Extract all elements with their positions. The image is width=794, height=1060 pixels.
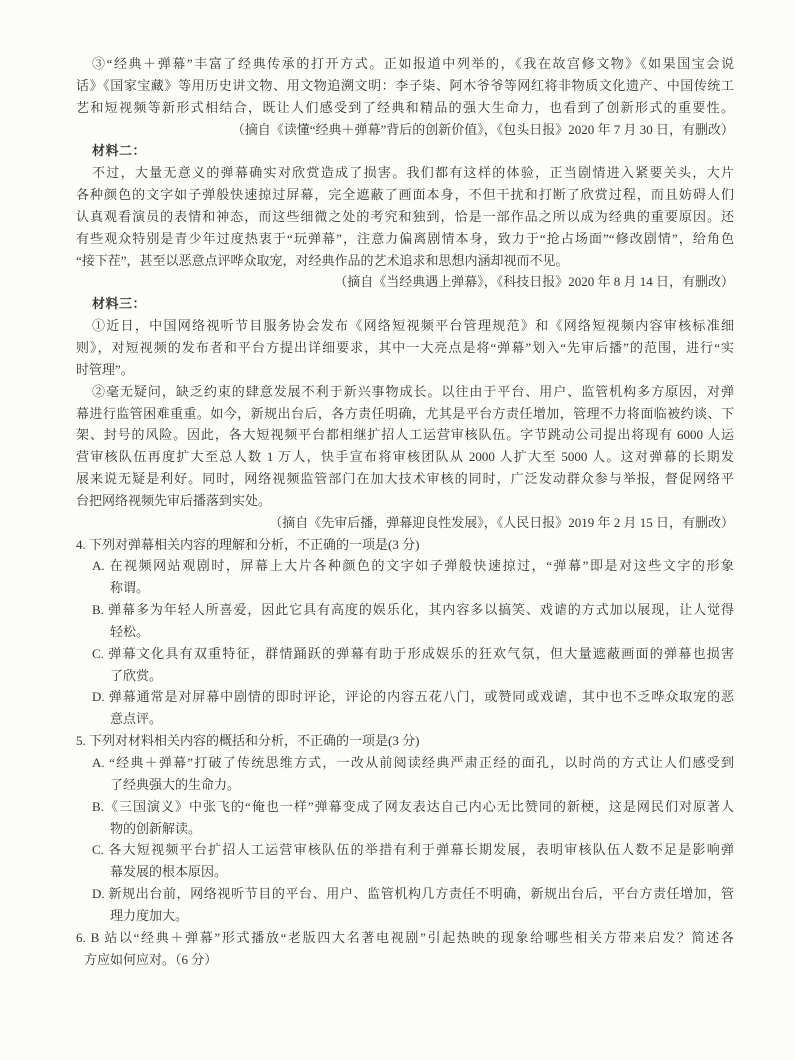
material2-heading: 材料二：	[76, 140, 734, 162]
material3-para1-line: 时管理”。	[76, 359, 734, 381]
question6-stem-line: 方应如何应对。（6 分）	[76, 949, 734, 971]
material2-citation: （摘自《当经典遇上弹幕》，《科技日报》2020 年 8 月 14 日，有删改）	[76, 271, 734, 293]
question4-option-c-line: C. 弹幕文化具有双重特征，群情踊跃的弹幕有助于形成娱乐的狂欢气氛，但大量遮蔽画…	[76, 643, 734, 665]
question5-option-c-line: C. 各大短视频平台扩招人工运营审核队伍的举措有利于弹幕长期发展，表明审核队伍人…	[76, 839, 734, 861]
material2-para-line: 不过，大量无意义的弹幕确实对欣赏造成了损害。我们都有这样的体验，正当剧情进入紧要…	[76, 162, 734, 184]
material2-para-line: 各种颜色的文字如子弹般快速掠过屏幕，完全遮蔽了画面本身，不但干扰和打断了欣赏过程…	[76, 184, 734, 206]
question6-stem-line: 6. B 站以“经典＋弹幕”形式播放“老版四大名著电视剧”引起热映的现象给哪些相…	[76, 927, 734, 949]
question5-option-a-line: 了经典强大的生命力。	[76, 774, 734, 796]
material3-para2-line: 台把网络视频先审后播落到实处。	[76, 490, 734, 512]
material2-para-line: 有些观众特别是青少年过度热衷于“玩弹幕”，注意力偏离剧情本身，致力于“抢占场面”…	[76, 228, 734, 250]
material3-para1-line: ①近日，中国网络视听节目服务协会发布《网络短视频平台管理规范》和《网络短视频内容…	[76, 315, 734, 337]
question5-option-d-line: 理力度加大。	[76, 905, 734, 927]
question4-option-c-line: 了欣赏。	[76, 665, 734, 687]
question5-option-d-line: D. 新规出台前，网络视听节目的平台、用户、监管机构几方责任不明确，新规出台后，…	[76, 883, 734, 905]
question4-stem: 4. 下列对弹幕相关内容的理解和分析，不正确的一项是(3 分)	[76, 534, 734, 556]
question4-option-a-line: A. 在视频网站观剧时，屏幕上大片各种颜色的文字如子弹般快速掠过，“弹幕”即是对…	[76, 555, 734, 577]
material3-para2-line: 展来说无疑是利好。同时，网络视频监管部门在加大技术审核的同时，广泛发动群众参与举…	[76, 468, 734, 490]
material3-heading: 材料三：	[76, 293, 734, 315]
question5-stem: 5. 下列对材料相关内容的概括和分析，不正确的一项是(3 分)	[76, 730, 734, 752]
question5-option-c-line: 幕发展的根本原因。	[76, 861, 734, 883]
material2-para-line: 认真观看演员的表情和神态，而这些细微之处的考究和独到，恰是一部作品之所以成为经典…	[76, 206, 734, 228]
reading-passage-section: ③“经典＋弹幕”丰富了经典传承的打开方式。正如报道中列举的，《我在故宫修文物》《…	[76, 53, 734, 970]
question5-option-b-line: B.《三国演义》中张飞的“俺也一样”弹幕变成了网友表达自己内心无比赞同的新梗，这…	[76, 796, 734, 818]
question4-option-b-line: 轻松。	[76, 621, 734, 643]
material2-para-line: “接下茬”，甚至以恶意点评哗众取宠，对经典作品的艺术追求和思想内涵却视而不见。	[76, 250, 734, 272]
question4-option-a-line: 称谓。	[76, 577, 734, 599]
material3-para1-line: 则》，对短视频的发布者和平台方提出详细要求，其中一大亮点是将“弹幕”划入“先审后…	[76, 337, 734, 359]
question4-option-d-line: D. 弹幕通常是对屏幕中剧情的即时评论，评论的内容五花八门，或赞同或戏谑，其中也…	[76, 686, 734, 708]
material1-citation: （摘自《读懂“经典＋弹幕”背后的创新价值》，《包头日报》2020 年 7 月 3…	[76, 119, 734, 141]
question4-option-d-line: 意点评。	[76, 708, 734, 730]
exam-page: ③“经典＋弹幕”丰富了经典传承的打开方式。正如报道中列举的，《我在故宫修文物》《…	[0, 0, 794, 1060]
material3-para2-line: 营审核队伍再度扩大至总人数 1 万人，快手宣布将审核团队从 2000 人扩大至 …	[76, 446, 734, 468]
material1-para3-line: ③“经典＋弹幕”丰富了经典传承的打开方式。正如报道中列举的，《我在故宫修文物》《…	[76, 53, 734, 75]
question5-option-a-line: A. “经典＋弹幕”打破了传统思维方式，一改从前阅读经典严肃正经的面孔，以时尚的…	[76, 752, 734, 774]
question5-option-b-line: 物的创新解读。	[76, 818, 734, 840]
material3-para2-line: 架、封号的风险。因此，各大短视频平台都相继扩招人工运营审核队伍。字节跳动公司提出…	[76, 424, 734, 446]
material1-para3-line: 话》《国家宝藏》等用历史讲文物、用文物追溯文明：李子柒、阿木爷爷等网红将非物质文…	[76, 75, 734, 97]
material3-para2-line: 幕进行监管困难重重。如今，新规出台后，各方责任明确，尤其是平台方责任增加，管理不…	[76, 403, 734, 425]
question4-option-b-line: B. 弹幕多为年轻人所喜爱，因此它具有高度的娱乐化，其内容多以搞笑、戏谑的方式加…	[76, 599, 734, 621]
material3-citation: （摘自《先审后播，弹幕迎良性发展》，《人民日报》2019 年 2 月 15 日，…	[76, 512, 734, 534]
material1-para3-line: 艺和短视频等新形式相结合，既让人们感受到了经典和精品的强大生命力，也看到了创新形…	[76, 97, 734, 119]
material3-para2-line: ②毫无疑问，缺乏约束的肆意发展不利于新兴事物成长。以往由于平台、用户、监管机构多…	[76, 381, 734, 403]
